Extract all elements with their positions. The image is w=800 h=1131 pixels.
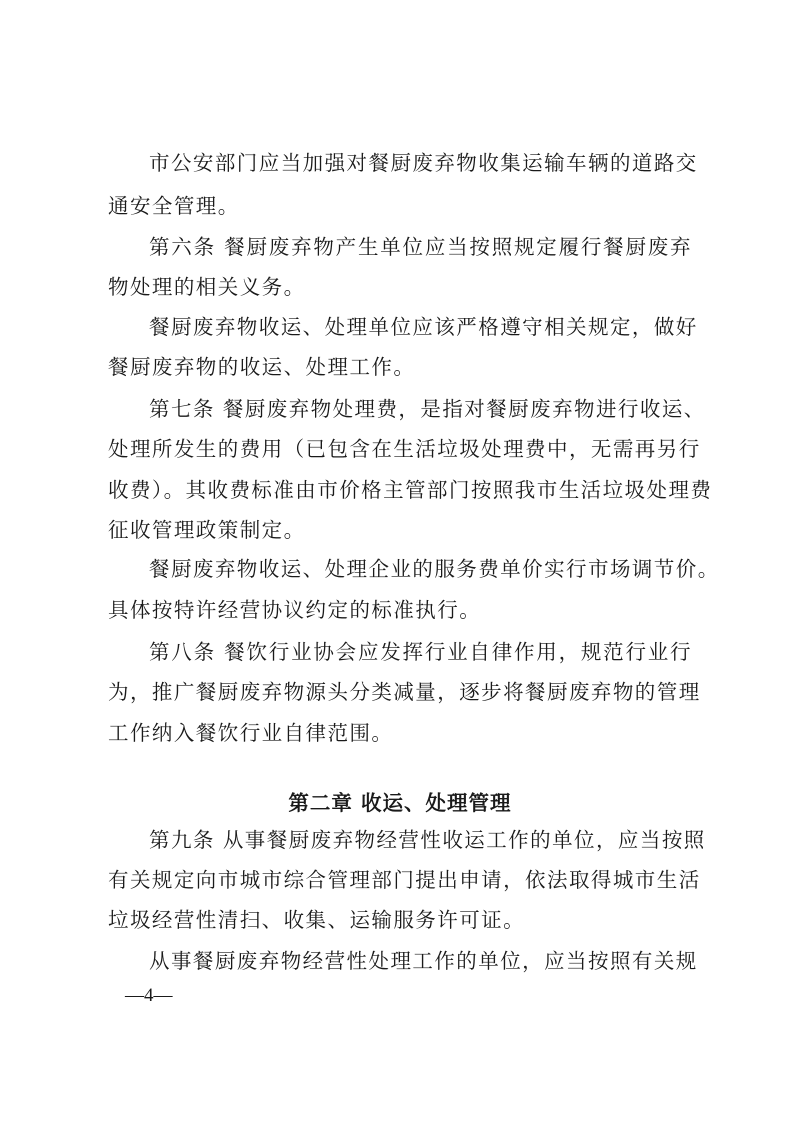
text-line: 市公安部门应当加强对餐厨废弃物收集运输车辆的道路交 bbox=[149, 149, 692, 177]
text-line: 餐厨废弃物的收运、处理工作。 bbox=[108, 353, 692, 381]
text-line: 垃圾经营性清扫、收集、运输服务许可证。 bbox=[108, 906, 692, 934]
text-line: 第七条 餐厨废弃物处理费，是指对餐厨废弃物进行收运、 bbox=[149, 395, 692, 423]
text-line: 收费）。其收费标准由市价格主管部门按照我市生活垃圾处理费 bbox=[108, 476, 692, 504]
text-line: 餐厨废弃物收运、处理企业的服务费单价实行市场调节价。 bbox=[149, 555, 692, 583]
chapter-heading: 第二章 收运、处理管理 bbox=[0, 786, 800, 816]
text-line: 第九条 从事餐厨废弃物经营性收运工作的单位，应当按照 bbox=[149, 826, 692, 854]
text-line: 第六条 餐厨废弃物产生单位应当按照规定履行餐厨废弃 bbox=[149, 233, 692, 261]
document-page: 市公安部门应当加强对餐厨废弃物收集运输车辆的道路交通安全管理。第六条 餐厨废弃物… bbox=[0, 0, 800, 1131]
text-line: 物处理的相关义务。 bbox=[108, 273, 692, 301]
text-line: 有关规定向市城市综合管理部门提出申请，依法取得城市生活 bbox=[108, 866, 692, 894]
page-number: —4— bbox=[125, 985, 173, 1007]
text-line: 餐厨废弃物收运、处理单位应该严格遵守相关规定，做好 bbox=[149, 313, 692, 341]
text-line: 通安全管理。 bbox=[108, 192, 692, 220]
text-line: 具体按特许经营协议约定的标准执行。 bbox=[108, 596, 692, 624]
text-line: 处理所发生的费用（已包含在生活垃圾处理费中，无需再另行 bbox=[108, 435, 692, 463]
text-line: 征收管理政策制定。 bbox=[108, 516, 692, 544]
text-line: 从事餐厨废弃物经营性处理工作的单位，应当按照有关规 bbox=[149, 947, 692, 975]
text-line: 为，推广餐厨废弃物源头分类减量，逐步将餐厨废弃物的管理 bbox=[108, 678, 692, 706]
text-line: 第八条 餐饮行业协会应发挥行业自律作用，规范行业行 bbox=[149, 638, 692, 666]
text-line: 工作纳入餐饮行业自律范围。 bbox=[108, 719, 692, 747]
